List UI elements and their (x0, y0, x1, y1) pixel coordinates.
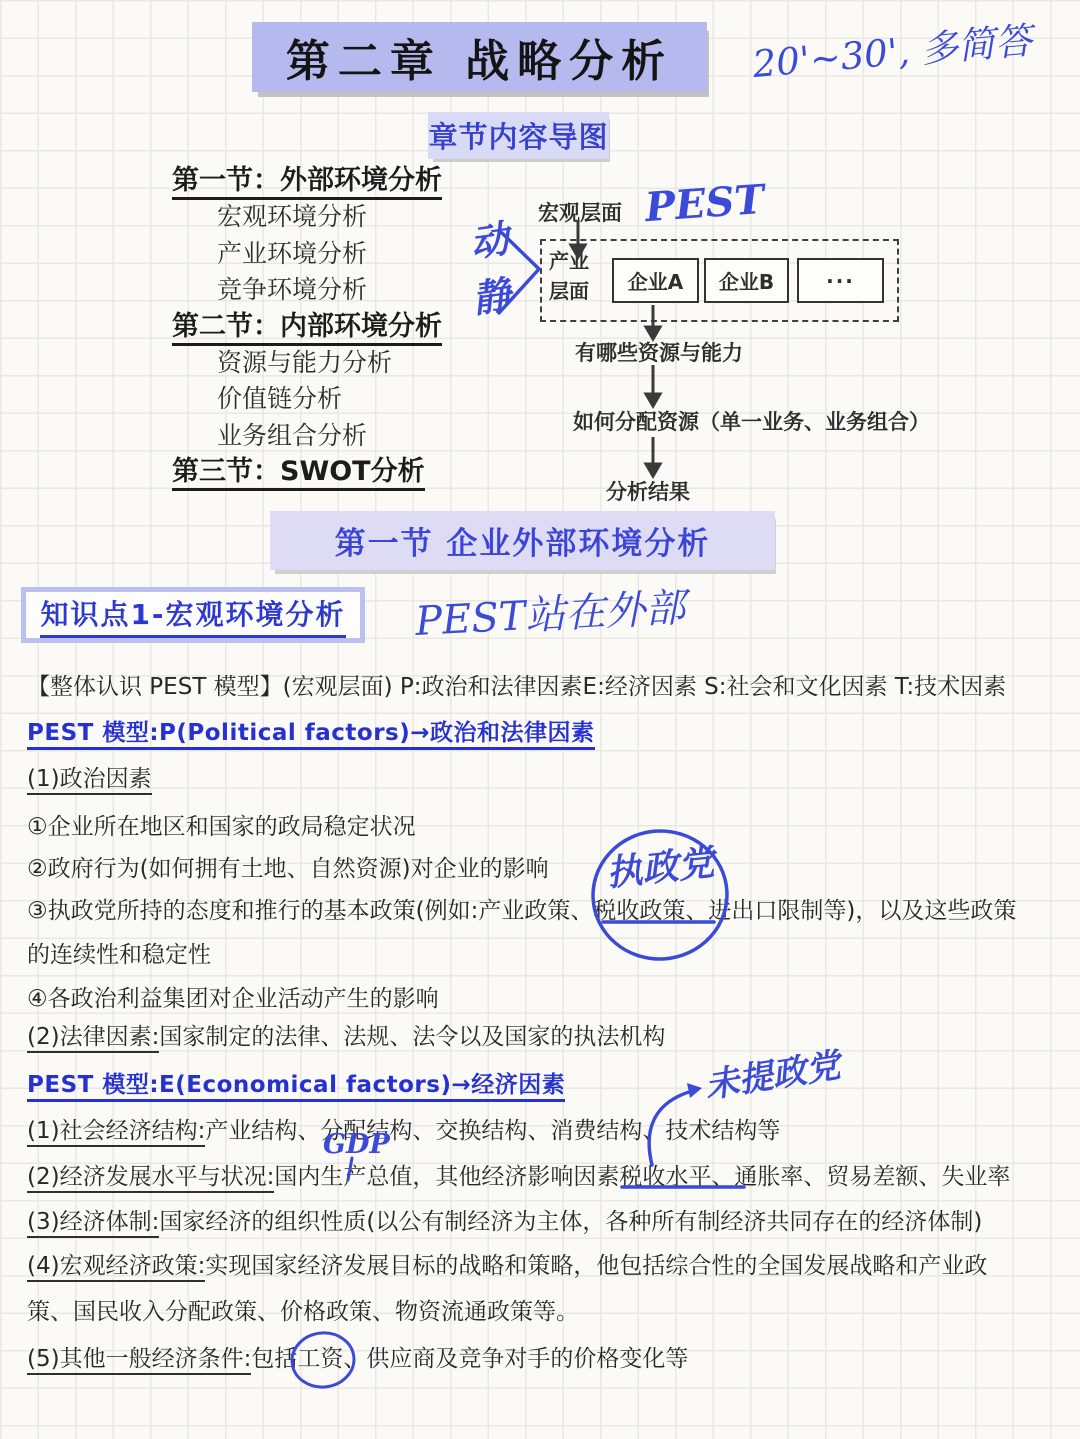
political-item-4: ④各政治利益集团对企业活动产生的影响 (27, 980, 439, 1013)
pest-ink-note: PEST (644, 176, 766, 231)
knowledge-point-title: 知识点1-宏观环境分析 (40, 593, 345, 638)
outline-section-1: 第一节：外部环境分析 (172, 163, 442, 199)
diagram-step-result: 分析结果 (606, 476, 690, 506)
outline-item: 产业环境分析 (172, 236, 442, 272)
chapter-title-bar: 第二章 战略分析 (252, 22, 707, 92)
jing-ink-note: 静 (468, 264, 513, 324)
economic-item-4: (4)宏观经济政策:实现国家经济发展目标的战略和策略，他包括综合性的全国发展战略… (27, 1247, 987, 1280)
no-party-ink-note: 未提政党 (701, 1038, 843, 1108)
notes-page: 第二章 战略分析 20'~30', 多简答 章节内容导图 第一节：外部环境分析 … (0, 0, 1080, 1439)
gdp-ink-note: GDP (323, 1129, 390, 1160)
pest-economic-heading: PEST 模型:E(Economical factors)→经济因素 (27, 1066, 565, 1099)
economic-item-3: (3)经济体制:国家经济的组织性质(以公有制经济为主体，各种所有制经济共同存在的… (27, 1203, 982, 1236)
company-a-box: 企业A (612, 258, 699, 303)
diagram-industry-label: 产业 层面 (549, 246, 589, 306)
dong-ink-note: 动 (466, 208, 511, 268)
political-item-1: ①企业所在地区和国家的政局稳定状况 (27, 808, 416, 841)
outline-section-2: 第二节：内部环境分析 (172, 309, 442, 345)
outline-item: 价值链分析 (172, 381, 442, 417)
content-map-label: 章节内容导图 (428, 112, 609, 159)
company-b-box: 企业B (704, 258, 789, 303)
economic-item-2: (2)经济发展水平与状况:国内生产总值，其他经济影响因素税收水平、通胀率、贸易差… (27, 1158, 1010, 1191)
political-item-2: ②政府行为(如何拥有土地、自然资源)对企业的影响 (27, 850, 549, 883)
ruling-party-ink-note: 执政党 (604, 834, 717, 896)
diagram-step-allocate: 如何分配资源（单一业务、业务组合） (573, 406, 930, 436)
diagram-macro-label: 宏观层面 (538, 197, 622, 227)
outline-section-3: 第三节：SWOT分析 (172, 454, 442, 490)
outline-item: 宏观环境分析 (172, 199, 442, 235)
economic-item-4-wrap: 策、国民收入分配政策、价格政策、物资流通政策等。 (27, 1293, 579, 1326)
outline-item: 资源与能力分析 (172, 345, 442, 381)
political-item-3-wrap: 的连续性和稳定性 (27, 936, 211, 969)
knowledge-point-box: 知识点1-宏观环境分析 (21, 587, 365, 643)
tax-level-term: 税收水平 (619, 1164, 711, 1190)
outline-item: 竞争环境分析 (172, 272, 442, 308)
outline-item: 业务组合分析 (172, 418, 442, 454)
economic-item-1: (1)社会经济结构:产业结构、分配结构、交换结构、消费结构、技术结构等 (27, 1112, 780, 1145)
no-party-arrowhead-ink (687, 1083, 702, 1098)
handwritten-duration-note: 20'~30', 多简答 (750, 10, 1034, 88)
diagram-step-resources: 有哪些资源与能力 (575, 337, 743, 367)
economic-item-5: (5)其他一般经济条件:包括工资、供应商及竞争对手的价格变化等 (27, 1340, 688, 1373)
chapter-title: 第二章 战略分析 (286, 25, 673, 89)
pest-intro-line: 【整体认识 PEST 模型】(宏观层面) P:政治和法律因素E:经济因素 S:社… (27, 668, 1006, 701)
more-companies-box: ··· (797, 258, 884, 303)
pest-political-heading: PEST 模型:P(Political factors)→政治和法律因素 (27, 714, 595, 747)
section1-header-bar: 第一节 企业外部环境分析 (270, 511, 775, 570)
wage-term: 工资 (297, 1346, 343, 1372)
legal-factors-line: (2)法律因素:国家制定的法律、法规、法令以及国家的执法机构 (27, 1018, 665, 1051)
kp-ink-note: PEST站在外部 (414, 576, 687, 647)
tax-policy-term: 税收政策 (593, 898, 685, 924)
chapter-outline: 第一节：外部环境分析 宏观环境分析 产业环境分析 竞争环境分析 第二节：内部环境… (172, 163, 442, 491)
political-item-3: ③执政党所持的态度和推行的基本政策(例如:产业政策、税收政策、进出口限制等)，以… (27, 892, 1016, 925)
political-factors-label: (1)政治因素 (27, 760, 152, 793)
